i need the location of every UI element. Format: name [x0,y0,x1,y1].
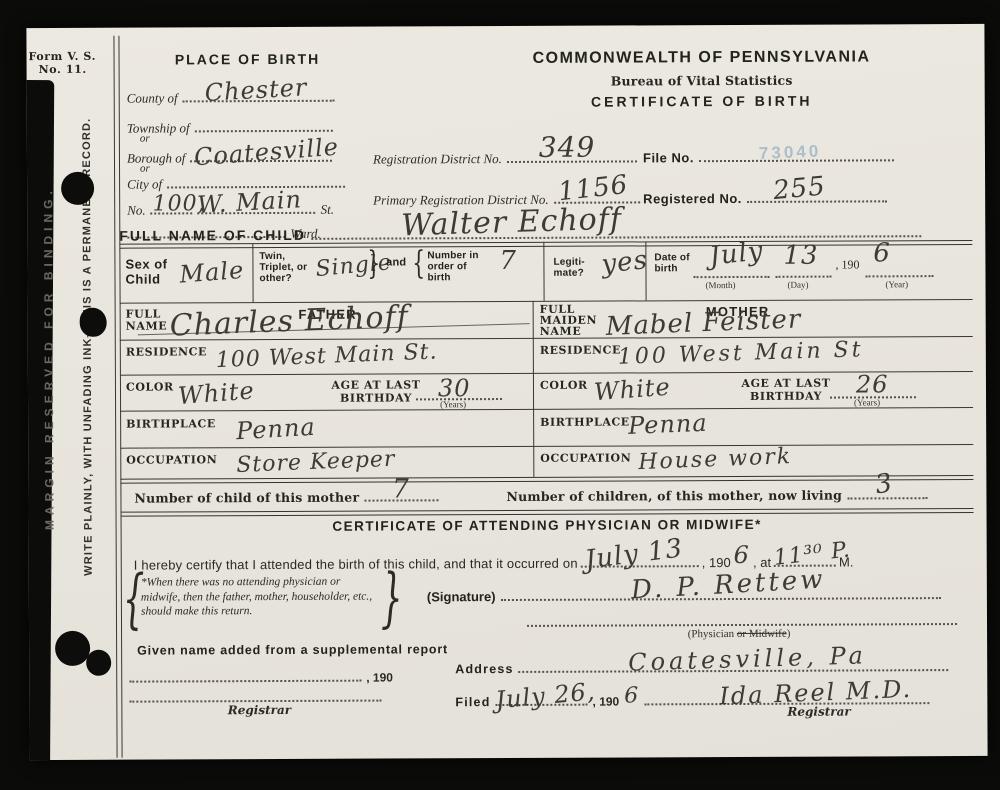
township-line [195,117,333,133]
legitimate-value: yes [600,245,649,280]
father-residence-label: RESIDENCE [126,345,207,358]
file-no-line: 73040 [699,146,894,162]
registered-no-row: Registered No. 255 [643,187,887,206]
certify-date-value: July 13 [583,533,685,575]
mother-maidenname-label: FULL MAIDEN NAME [540,304,592,337]
sex-value: Male [179,256,246,289]
registration-district-label: Registration District No. [373,151,502,168]
mother-color-value: White [593,373,672,407]
county-line: Chester [183,87,335,103]
filed-date-line: July 26, [495,691,587,706]
father-name-value: Charles Echoff [169,299,409,343]
bureau-subtitle: Bureau of Vital Statistics [457,72,947,89]
twin-label: Twin, Triplet, or other? [259,251,315,284]
certificate-title: CERTIFICATE OF BIRTH [457,92,947,110]
mother-residence-label: RESIDENCE [540,344,621,357]
place-of-birth-title: PLACE OF BIRTH [123,51,373,68]
supplemental-label: Given name added from a supplemental rep… [137,642,448,657]
binding-rule [113,36,122,758]
signature-row: (Signature) D. P. Rettew [427,584,941,604]
certify-text: I hereby certify that I attended the bir… [134,556,578,573]
filed-signature-line: Ida Reel M.D. [644,689,929,705]
mother-age-label: AGE AT LAST BIRTHDAY [730,377,842,403]
registration-district-value: 349 [539,131,596,164]
legitimate-label: Legiti- mate? [553,257,599,279]
commonwealth-title: COMMONWEALTH OF PENNSYLVANIA [457,48,947,68]
physician-caption-close: ) [787,628,791,640]
sex-label: Sex of Child [125,256,177,286]
address-value: Coatesville, Pa [628,641,867,676]
file-no-row: File No. 73040 [643,146,894,165]
certify-date-line: July 13 [581,552,699,568]
brace-open: } [367,243,380,281]
father-birthplace-value: Penna [235,413,316,445]
certificate-paper: MARGIN RESERVED FOR BINDING. WRITE PLAIN… [26,24,987,760]
mother-years-cap: (Years) [854,397,880,407]
city-line [167,173,345,189]
rule-line [120,407,973,412]
physician-caption-struck: or Midwife [737,628,787,640]
dob-label: Date of birth [654,252,696,274]
mother-birthplace-label: BIRTHPLACE [540,415,630,428]
father-occupation-value: Store Keeper [236,447,396,478]
order-label: Number in order of birth [427,250,479,283]
dob-year-prefix: , 190 [835,257,859,272]
month-cap: (Month) [706,280,736,290]
filed-row: Filed July 26, , 190 6 Ida Reel M.D. [455,685,929,712]
filed-year-value: 6 [624,683,639,708]
dob-day-value: 13 [783,241,818,271]
registration-district-line: 349 [507,147,637,163]
father-color-value: White [177,376,256,410]
supplemental-year-row: , 190 [129,667,393,686]
address-row: Address Coatesville, Pa [455,656,948,676]
day-cap: (Day) [788,280,809,290]
township-row: Township of [127,117,333,137]
registered-no-value: 255 [772,171,827,206]
street-value: W. Main [197,185,303,219]
punch-hole [86,650,111,676]
county-value: Chester [204,73,308,107]
father-mother-divider [533,301,535,477]
certify-time-line: 11³⁰ P. [774,552,836,567]
margin-binding-note: MARGIN RESERVED FOR BINDING. [41,186,56,530]
mother-occupation-value: House work [638,444,793,475]
signature-label: (Signature) [427,589,496,604]
cell-divider [543,242,544,301]
cell-divider [252,243,253,302]
physician-caption-pre: (Physician [688,628,735,640]
child-order-count-value: 7 [392,474,410,504]
document-header: COMMONWEALTH OF PENNSYLVANIA Bureau of V… [457,48,947,110]
form-number: Form V. S. No. 11. [29,50,97,76]
physician-line2 [527,622,957,627]
father-age-label: AGE AT LAST BIRTHDAY [320,378,432,404]
dob-month-value: July [708,236,765,272]
mother-residence-value: 100 West Main St [618,337,864,369]
father-color-label: COLOR [126,380,174,393]
children-living-row: Number of children, of this mother, now … [506,487,927,504]
child-order-count-row: Number of child of this mother 7 [134,489,438,505]
or-1: or [140,133,150,145]
mother-birthplace-value: Penna [628,409,709,440]
file-no-stamp: 73040 [759,142,822,164]
certify-year-prefix: , 190 [702,555,731,570]
certify-year-value: 6 [734,541,750,569]
day-line [775,275,831,278]
punch-hole [55,631,90,666]
child-name-label: FULL NAME OF CHILD [119,227,306,244]
month-line [693,275,769,278]
year-line [865,274,933,277]
physician-caption: (Physician or Midwife) [589,627,889,640]
registrar-caption-2: Registrar [787,705,850,719]
scanned-birth-certificate: { "form_corner": { "line1": "Form V. S."… [0,0,1000,790]
father-residence-value: 100 West Main St. [215,339,438,373]
township-label: Township of [127,120,190,136]
borough-row: Borough of Coatesville [127,147,332,167]
address-label: Address [455,662,513,676]
no-label: No. [127,203,145,219]
filed-year-prefix: , 190 [592,695,619,709]
and-braces: } and { [367,250,425,274]
mother-occupation-label: OCCUPATION [540,451,631,464]
order-value: 7 [499,246,517,276]
year-cap: (Year) [886,279,909,289]
borough-label: Borough of [127,150,185,166]
st-label: St. [321,202,334,218]
house-no-line: 100, [151,199,193,214]
father-fullname-label: FULL NAME [126,308,172,332]
file-no-label: File No. [643,150,694,165]
address-line: Coatesville, Pa [519,656,949,673]
registrar-line [129,699,381,703]
father-years-cap: (Years) [440,399,466,409]
physician-certificate-title: CERTIFICATE OF ATTENDING PHYSICIAN OR MI… [121,516,974,535]
child-order-count-line: 7 [364,489,438,501]
mother-color-label: COLOR [540,379,588,392]
registered-no-line: 255 [747,187,887,203]
filed-label: Filed [455,695,490,709]
father-birthplace-label: BIRTHPLACE [126,417,216,430]
registered-no-label: Registered No. [643,191,742,206]
street-line: W. Main [198,199,316,215]
children-living-value: 3 [873,468,895,500]
dob-year-value: 6 [873,238,891,268]
county-row: County of Chester [127,87,335,107]
registrar-caption: Registrar [189,703,329,718]
punch-hole [61,172,94,205]
mother-age-value: 26 [856,370,889,398]
borough-line: Coatesville [190,147,332,163]
city-label: City of [127,177,162,193]
punch-hole [80,308,107,337]
child-name-line: Walter Echoff [311,222,921,240]
child-order-count-label: Number of child of this mother [134,490,359,506]
children-living-label: Number of children, of this mother, now … [506,488,842,504]
child-name-value: Walter Echoff [400,202,622,244]
brace-close: { [412,243,425,281]
children-living-line: 3 [847,487,927,499]
rule-line [121,508,974,517]
supplemental-year-prefix: , 190 [366,671,393,685]
signature-line: D. P. Rettew [500,584,940,601]
rule-line [120,444,973,449]
county-label: County of [127,90,178,106]
form-number-line2: No. 11. [39,63,97,76]
registration-district-row: Registration District No. 349 [373,147,637,167]
physician-footnote: *When there was no attending physician o… [141,575,379,620]
filed-date-value: July 26, [494,677,596,714]
and-label: and [386,257,406,268]
form-number-line1: Form V. S. [29,50,97,63]
father-occupation-label: OCCUPATION [126,453,217,466]
footnote-brace-right: } [381,560,403,636]
borough-value: Coatesville [194,133,341,172]
street-row: No. 100, W. Main St. [127,199,334,219]
supplemental-line [129,667,361,683]
